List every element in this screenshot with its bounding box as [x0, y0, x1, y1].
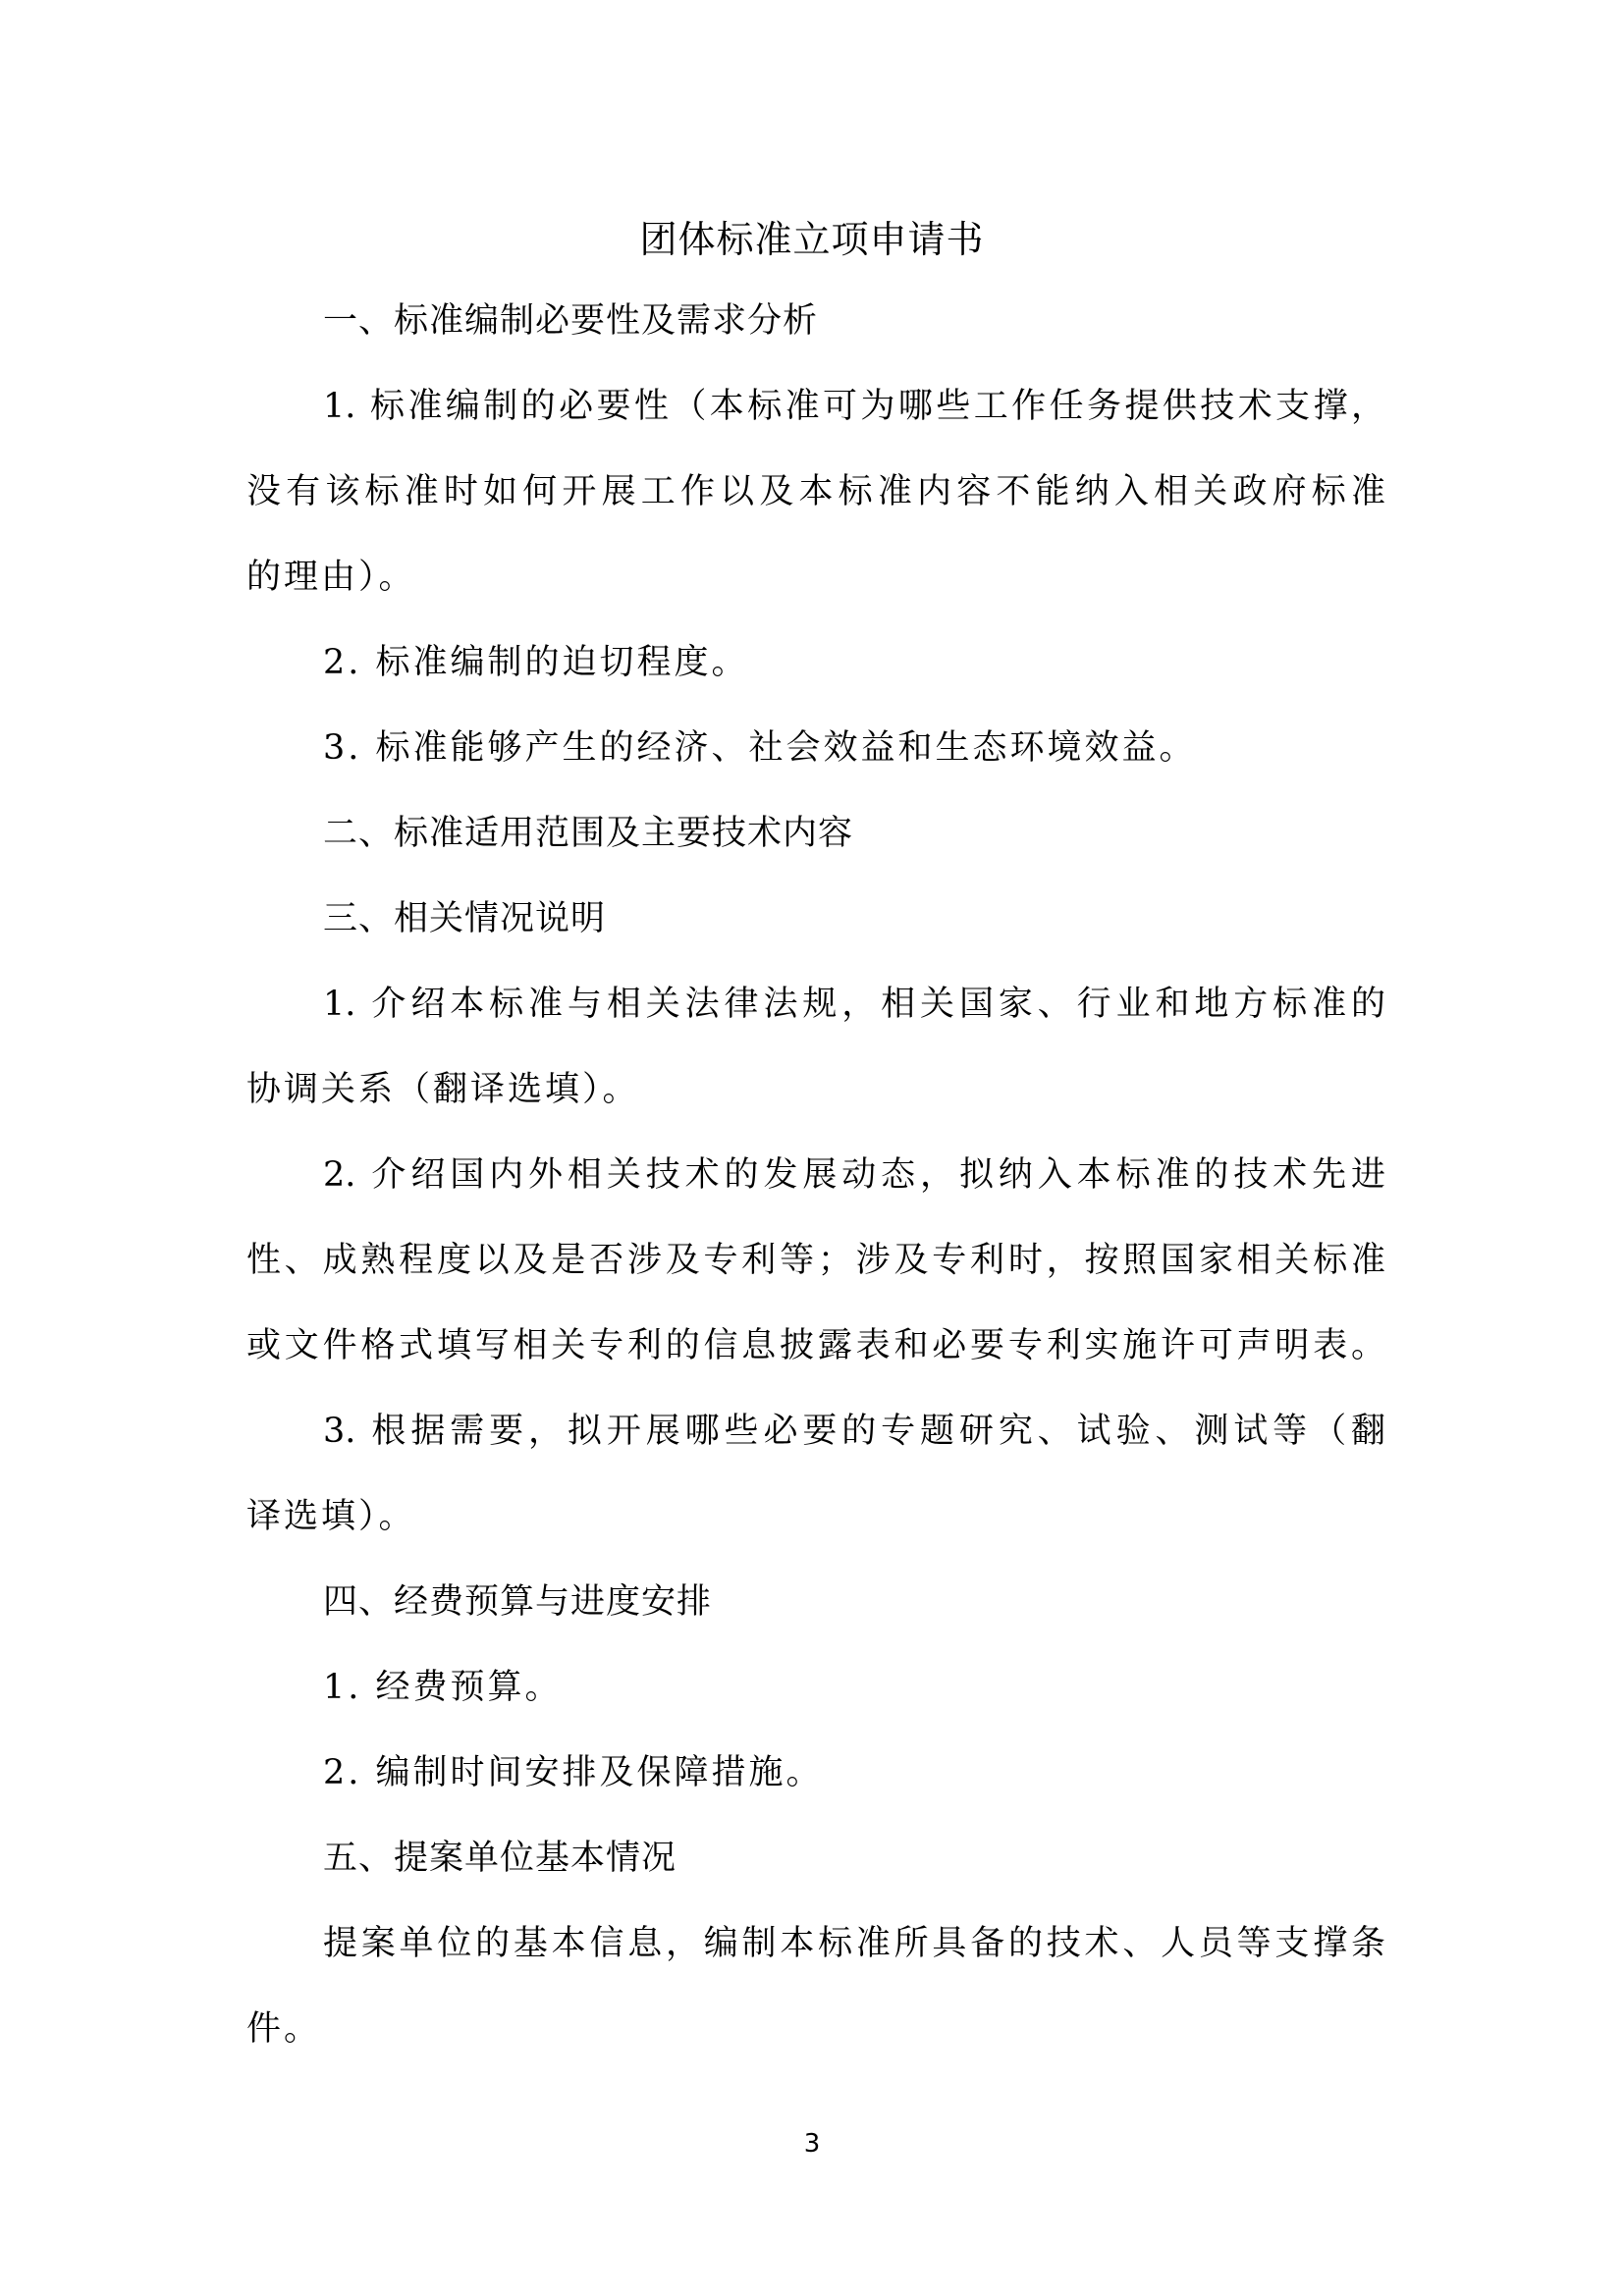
- paragraph-line: 3. 标准能够产生的经济、社会效益和生态环境效益。: [323, 724, 1385, 772]
- section-heading-4: 四、经费预算与进度安排: [323, 1578, 712, 1626]
- paragraph-line: 1. 标准编制的必要性（本标准可为哪些工作任务提供技术支撑，: [323, 383, 1385, 430]
- page-number: 3: [0, 2128, 1624, 2160]
- paragraph-line: 提案单位的基本信息，编制本标准所具备的技术、人员等支撑条: [323, 1920, 1385, 1967]
- section-heading-5: 五、提案单位基本情况: [323, 1835, 677, 1882]
- paragraph-line: 2. 编制时间安排及保障措施。: [323, 1749, 1385, 1796]
- paragraph-line: 件。: [246, 2005, 1385, 2053]
- paragraph-line: 或文件格式填写相关专利的信息披露表和必要专利实施许可声明表。: [246, 1322, 1385, 1369]
- paragraph-line: 没有该标准时如何开展工作以及本标准内容不能纳入相关政府标准: [246, 468, 1385, 515]
- document-title: 团体标准立项申请书: [0, 214, 1624, 265]
- paragraph-line: 协调关系（翻译选填）。: [246, 1066, 1385, 1113]
- paragraph-line: 1. 介绍本标准与相关法律法规，相关国家、行业和地方标准的: [323, 981, 1385, 1028]
- paragraph-line: 译选填）。: [246, 1493, 1385, 1540]
- paragraph-line: 的理由）。: [246, 554, 1385, 601]
- section-heading-1: 一、标准编制必要性及需求分析: [323, 297, 818, 345]
- paragraph-line: 2. 标准编制的迫切程度。: [323, 639, 1385, 686]
- paragraph-line: 2. 介绍国内外相关技术的发展动态，拟纳入本标准的技术先进: [323, 1151, 1385, 1199]
- section-heading-2: 二、标准适用范围及主要技术内容: [323, 810, 853, 857]
- paragraph-line: 1. 经费预算。: [323, 1664, 1385, 1711]
- paragraph-line: 3. 根据需要，拟开展哪些必要的专题研究、试验、测试等（翻: [323, 1408, 1385, 1455]
- document-page: 团体标准立项申请书 一、标准编制必要性及需求分析 1. 标准编制的必要性（本标准…: [0, 0, 1624, 2296]
- section-heading-3: 三、相关情况说明: [323, 895, 606, 942]
- paragraph-line: 性、成熟程度以及是否涉及专利等；涉及专利时，按照国家相关标准: [246, 1237, 1385, 1284]
